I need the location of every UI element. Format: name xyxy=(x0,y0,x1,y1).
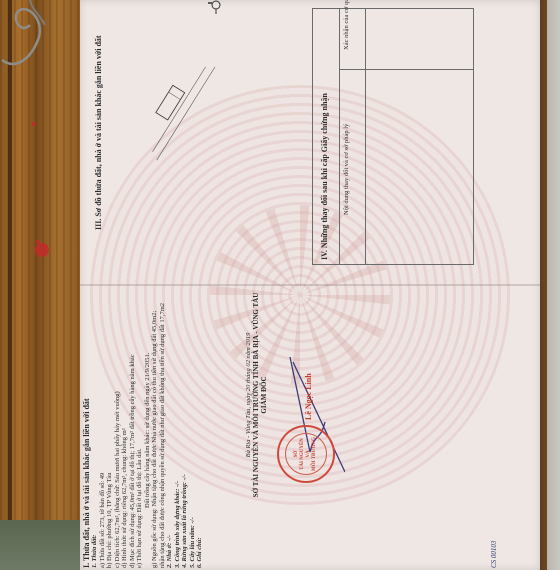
certificate-serial: CS 00103 xyxy=(490,541,498,568)
parcel-line: a) Thửa đất số: 273, tờ bản đồ số: 49 xyxy=(99,303,107,568)
parcel-line: d) Hình thức sử dụng: riêng 62,7m², chun… xyxy=(121,303,129,568)
parcel-line: c) Diện tích: 62,7m², (bằng chữ: Sáu mươ… xyxy=(114,303,122,568)
changes-col-confirm: Xác nhận của cơ quan có thẩm quyền xyxy=(343,0,351,50)
plot-diagram xyxy=(130,58,240,168)
wood-seam xyxy=(8,0,12,520)
stamp-text: SỞ TÀI NGUYÊN VÀ MÔI TRƯỜNG xyxy=(285,433,327,475)
red-stain xyxy=(36,240,40,244)
signature-block: Bà Rịa - Vũng Tàu, ngày 20 tháng 02 năm … xyxy=(245,285,268,505)
signer-name: Lê Ngọc Linh xyxy=(304,373,313,420)
section-i: I. Thửa đất, nhà ở và tài sản khác gắn l… xyxy=(82,303,204,568)
parcel-line: đ) Mục đích sử dụng: 45,0m² đất ở tại đô… xyxy=(129,303,137,568)
parcel-line: e) Thời hạn sử dụng: Đất ở tại đô thị: L… xyxy=(136,303,144,568)
metal-clip-icon xyxy=(0,0,50,75)
parcel-line: nhận tặng cho đất được công nhận quyền s… xyxy=(159,303,167,568)
item-line: 5. Cây lâu năm: -/- xyxy=(189,303,197,568)
changes-table xyxy=(312,8,474,265)
section-i-subtitle: 1. Thửa đất: xyxy=(91,303,99,568)
table-edge xyxy=(538,0,560,570)
section-iv-title: IV. Những thay đổi sau khi cấp Giấy chứn… xyxy=(320,93,329,260)
place-date: Bà Rịa - Vũng Tàu, ngày 20 tháng 02 năm … xyxy=(245,285,252,505)
parcel-line: b) Địa chỉ: phường 10, TP Vũng Tàu xyxy=(106,303,114,568)
changes-col-content: Nội dung thay đổi và cơ sở pháp lý xyxy=(343,124,351,215)
section-i-title: I. Thửa đất, nhà ở và tài sản khác gắn l… xyxy=(82,303,91,568)
section-iii-title: III. Sơ đồ thửa đất, nhà ở và tài sản kh… xyxy=(94,35,103,230)
red-stain xyxy=(32,122,36,126)
item-line: 2. Nhà ở: -/- xyxy=(166,303,174,568)
item-line: 3. Công trình xây dựng khác: -/- xyxy=(174,303,182,568)
item-line: 6. Ghi chú: xyxy=(196,303,204,568)
parcel-line: Đất trồng cây hàng năm khác: sử dụng đến… xyxy=(144,303,152,568)
item-line: 4. Rừng sản xuất là rừng trồng: -/- xyxy=(181,303,189,568)
wooden-table xyxy=(0,0,82,570)
changes-table-divider xyxy=(339,69,473,70)
signer-title: GIÁM ĐỐC xyxy=(260,285,268,505)
stone-floor xyxy=(0,520,82,570)
red-stain xyxy=(35,243,49,257)
land-certificate: III. Sơ đồ thửa đất, nhà ở và tài sản kh… xyxy=(80,0,540,570)
compass-icon xyxy=(208,0,224,14)
parcel-line: g) Nguồn gốc sử dụng: Nhận tặng cho đất … xyxy=(151,303,159,568)
issuing-authority: SỞ TÀI NGUYÊN VÀ MÔI TRƯỜNG TỈNH BÀ RỊA … xyxy=(252,285,260,505)
official-stamp: SỞ TÀI NGUYÊN VÀ MÔI TRƯỜNG xyxy=(277,425,335,483)
page-fold xyxy=(80,284,540,286)
